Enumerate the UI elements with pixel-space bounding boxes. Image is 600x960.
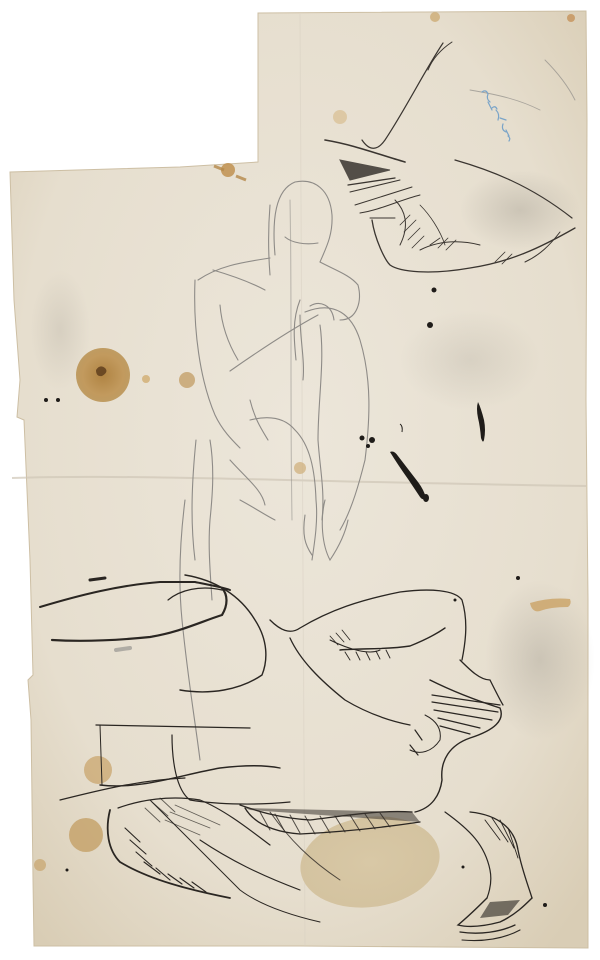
artwork-sheet: Aged paper sheet with pencil and ink fig… (0, 0, 600, 960)
paper-sheet (10, 11, 595, 948)
sketch-canvas (0, 0, 600, 960)
